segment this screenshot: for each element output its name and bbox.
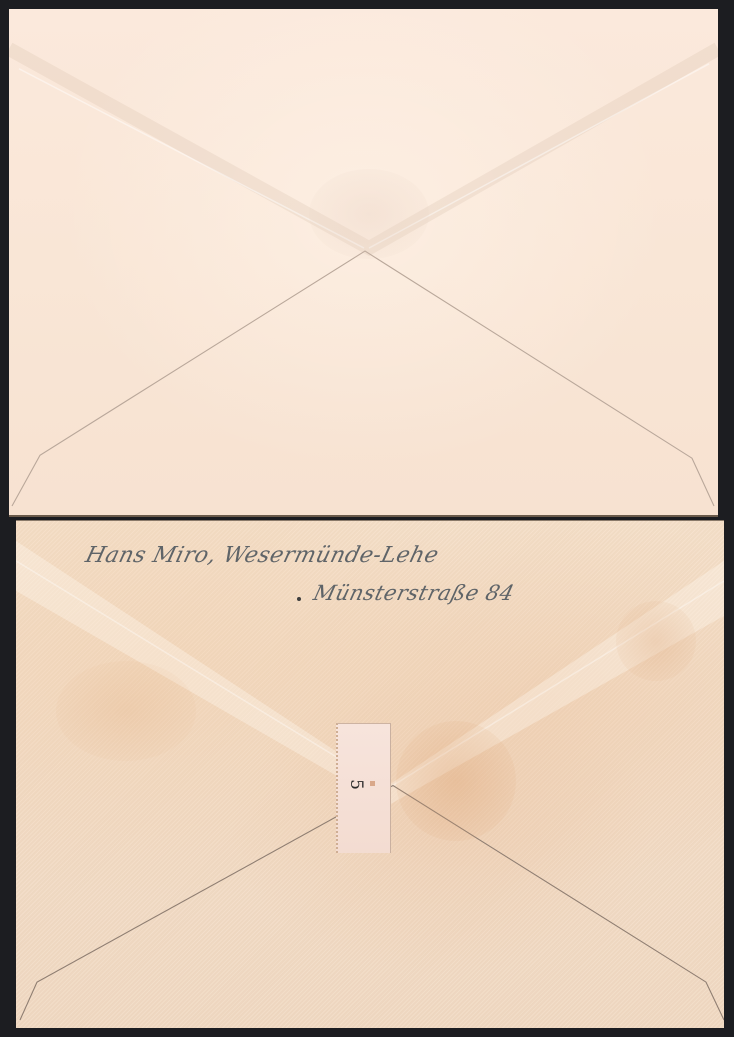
label-strip: 5: [336, 723, 391, 853]
ink-dot: [297, 597, 301, 601]
envelope-flap-lines: [9, 9, 718, 515]
envelope-top-back: [9, 9, 718, 517]
label-number: 5: [347, 779, 364, 790]
envelope-bottom-back: Hans Miro, Wesermünde-Lehe Münsterstraße…: [16, 520, 724, 1028]
sender-street-handwriting: Münsterstraße 84: [311, 581, 517, 605]
sender-name-handwriting: Hans Miro, Wesermünde-Lehe: [83, 543, 442, 568]
label-mark: [370, 781, 375, 786]
